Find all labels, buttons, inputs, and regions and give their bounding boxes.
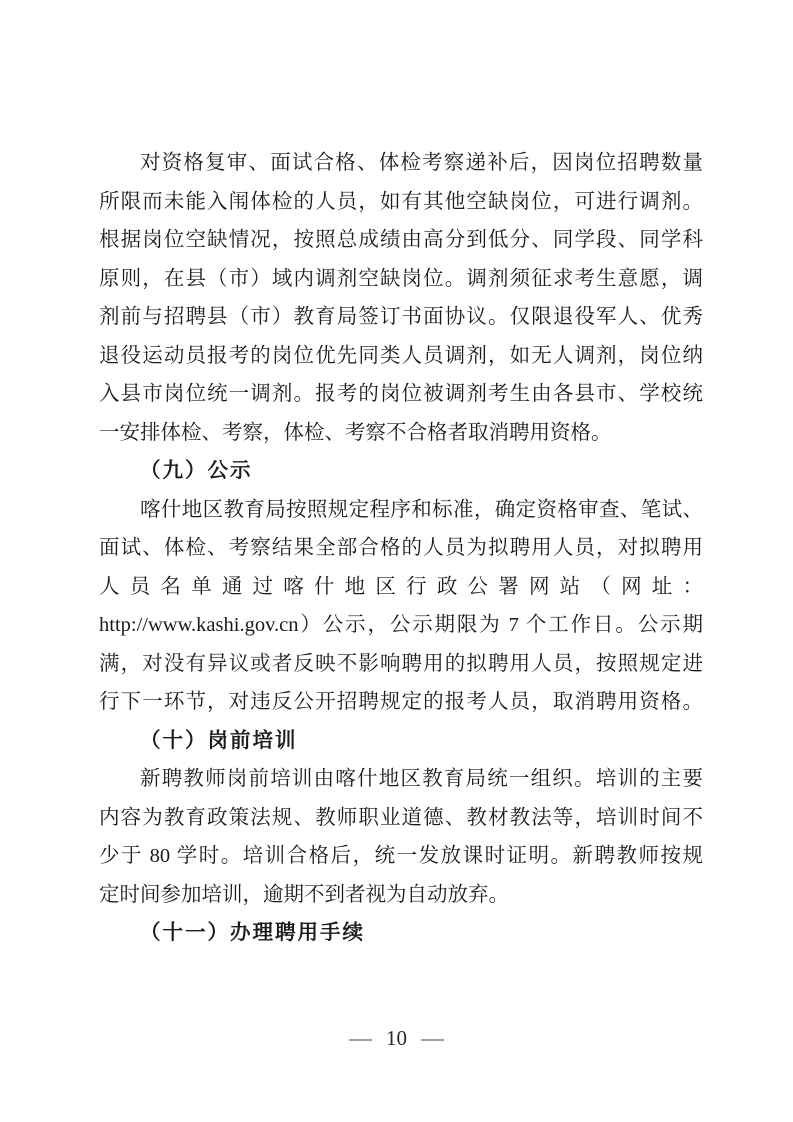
footer-left-dash: — (349, 1026, 372, 1051)
document-body: 对资格复审、面试合格、体检考察递补后，因岗位招聘数量 所限而未能入闱体检的人员，… (99, 144, 703, 953)
text-line: 退役运动员报考的岗位优先同类人员调剂，如无人调剂，岗位纳 (99, 337, 703, 376)
text-line: 一安排体检、考察，体检、考察不合格者取消聘用资格。 (99, 414, 703, 453)
text-line: 剂前与招聘县（市）教育局签订书面协议。仅限退役军人、优秀 (99, 298, 703, 337)
text-line: 对资格复审、面试合格、体检考察递补后，因岗位招聘数量 (99, 144, 703, 183)
document-page: 对资格复审、面试合格、体检考察递补后，因岗位招聘数量 所限而未能入闱体检的人员，… (0, 0, 793, 1122)
text-line-url: http://www.kashi.gov.cn）公示，公示期限为 7 个工作日。… (99, 606, 703, 645)
text-line: 新聘教师岗前培训由喀什地区教育局统一组织。培训的主要 (99, 760, 703, 799)
text-line: 喀什地区教育局按照规定程序和标准，确定资格审查、笔试、 (99, 491, 703, 530)
text-line: 定时间参加培训，逾期不到者视为自动放弃。 (99, 876, 703, 915)
heading-section-9: （九）公示 (99, 452, 703, 491)
page-number: 10 (386, 1026, 407, 1051)
heading-section-11: （十一）办理聘用手续 (99, 914, 703, 953)
heading-section-10: （十）岗前培训 (99, 722, 703, 761)
text-line: 少于 80 学时。培训合格后，统一发放课时证明。新聘教师按规 (99, 837, 703, 876)
text-line: 内容为教育政策法规、教师职业道德、教材教法等，培训时间不 (99, 799, 703, 838)
text-line: 人员名单通过喀什地区行政公署网站（网址： (99, 568, 703, 607)
text-line: 满，对没有异议或者反映不影响聘用的拟聘用人员，按照规定进 (99, 645, 703, 684)
text-line: 所限而未能入闱体检的人员，如有其他空缺岗位，可进行调剂。 (99, 183, 703, 222)
footer-right-dash: — (421, 1026, 444, 1051)
page-footer: — 10 — (0, 1026, 793, 1051)
text-line: 根据岗位空缺情况，按照总成绩由高分到低分、同学段、同学科 (99, 221, 703, 260)
text-line: 行下一环节，对违反公开招聘规定的报考人员，取消聘用资格。 (99, 683, 703, 722)
text-line: 面试、体检、考察结果全部合格的人员为拟聘用人员，对拟聘用 (99, 529, 703, 568)
text-line: 原则，在县（市）域内调剂空缺岗位。调剂须征求考生意愿，调 (99, 260, 703, 299)
text-line: 入县市岗位统一调剂。报考的岗位被调剂考生由各县市、学校统 (99, 375, 703, 414)
